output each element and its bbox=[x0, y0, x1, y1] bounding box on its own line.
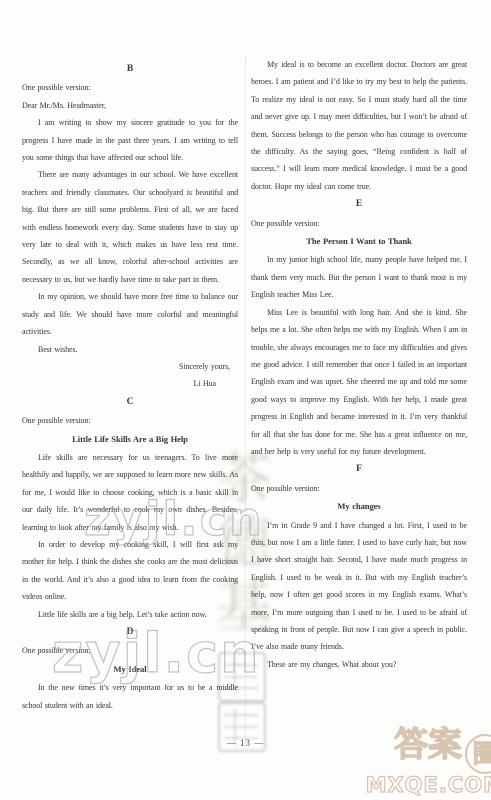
essay-title: My changes bbox=[251, 498, 467, 515]
signature-name: Li Hua bbox=[22, 375, 238, 392]
signature-line: Sincerely yours, bbox=[22, 358, 238, 375]
essay-paragraph: Little life skills are a big help. Let’s… bbox=[22, 606, 238, 623]
essay-paragraph: My ideal is to become an excellent docto… bbox=[251, 56, 467, 195]
page-number: — 13 — bbox=[0, 738, 491, 748]
essay-paragraph: In order to develop my cooking skill, I … bbox=[22, 536, 238, 606]
essay-paragraph: I am writing to show my sincere gratitud… bbox=[22, 114, 238, 166]
column-divider bbox=[245, 56, 246, 744]
section-letter-b: B bbox=[22, 61, 238, 78]
possible-version-label: One possible version: bbox=[251, 215, 467, 232]
essay-title: The Person I Want to Thank bbox=[251, 233, 467, 250]
section-letter-e: E bbox=[251, 196, 467, 213]
essay-paragraph: I’m in Grade 9 and I have changed a lot.… bbox=[251, 517, 467, 656]
essay-paragraph: These are my changes. What about you? bbox=[251, 656, 467, 673]
brand-watermark-domain: MXQE.COM bbox=[366, 774, 491, 796]
right-text-column: My ideal is to become an excellent docto… bbox=[251, 56, 467, 673]
scanned-answer-page: 茶 德 基 B One possible version: Dear Mr./M… bbox=[0, 0, 491, 800]
left-text-column: B One possible version: Dear Mr./Ms. Hea… bbox=[22, 60, 238, 714]
possible-version-label: One possible version: bbox=[251, 480, 467, 497]
possible-version-label: One possible version: bbox=[22, 79, 238, 96]
essay-paragraph: Miss Lee is beautiful with long hair. An… bbox=[251, 304, 467, 461]
letter-salutation: Dear Mr./Ms. Headmaster, bbox=[22, 97, 238, 114]
section-letter-c: C bbox=[22, 394, 238, 411]
brand-watermark-logo: 答案圈 bbox=[366, 726, 491, 774]
brand-watermark: 答案圈 MXQE.COM bbox=[366, 726, 491, 796]
section-letter-d: D bbox=[22, 624, 238, 641]
section-letter-f: F bbox=[251, 461, 467, 478]
essay-paragraph: In my opinion, we should have more free … bbox=[22, 288, 238, 340]
essay-title: My Ideal bbox=[22, 661, 238, 678]
essay-paragraph: In the new times it’s very important for… bbox=[22, 679, 238, 714]
essay-title: Little Life Skills Are a Big Help bbox=[22, 431, 238, 448]
essay-paragraph: In my junior high school life, many peop… bbox=[251, 251, 467, 303]
possible-version-label: One possible version: bbox=[22, 412, 238, 429]
essay-paragraph: There are many advantages in our school.… bbox=[22, 166, 238, 288]
possible-version-label: One possible version: bbox=[22, 642, 238, 659]
letter-closing: Best wishes. bbox=[22, 341, 238, 358]
essay-paragraph: Life skills are necessary for us teenage… bbox=[22, 449, 238, 536]
